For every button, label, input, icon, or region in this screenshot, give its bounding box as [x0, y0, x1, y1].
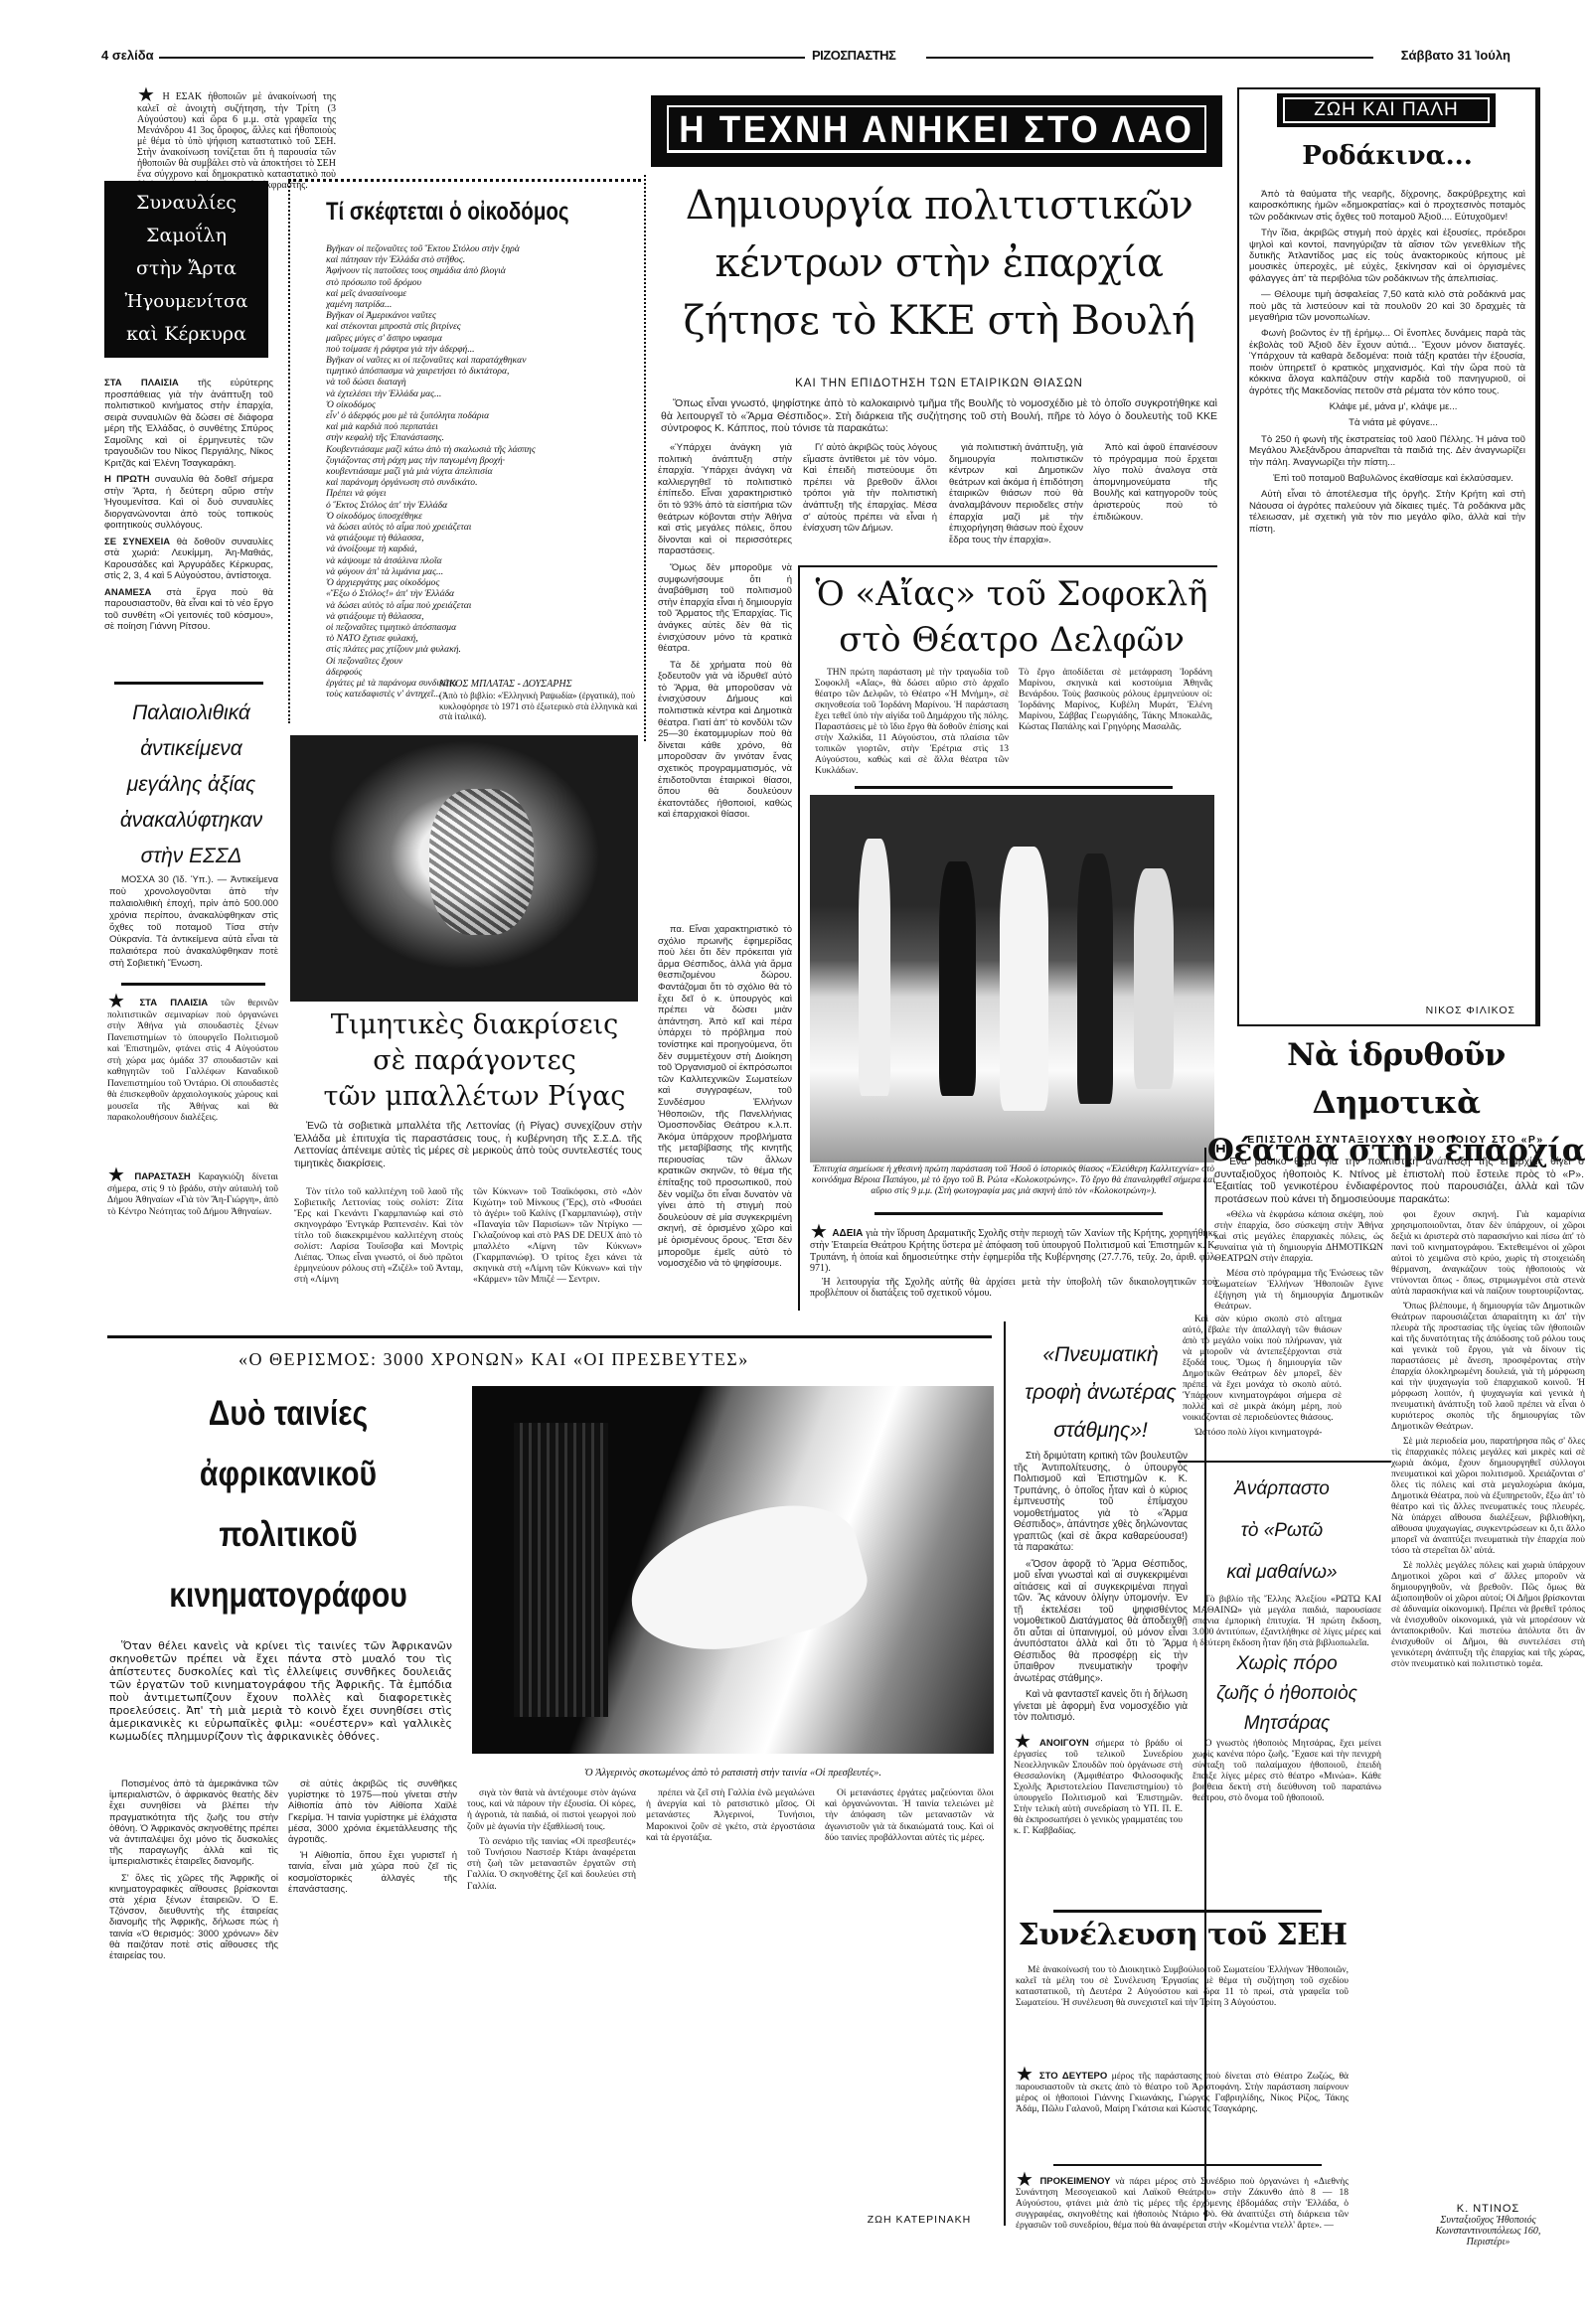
kke-col4b: Ἀπὸ καὶ ἀφοῦ ἐπαινέσουν τὸ πρόγραμμα ποὺ…	[1093, 442, 1217, 528]
poem-line: Ὁ οἰκοδόμος ὑποσχέθηκε	[326, 511, 634, 522]
poem-line: καὶ παράνομη ὀργάνωση στὸ συνδικάτο.	[326, 477, 634, 488]
poem-line: καὶ μιὰ καρδιὰ ποὺ περπατάει	[326, 421, 634, 432]
kke-col1: «Ὑπάρχει ἀνάγκη γιὰ πολιτικὴ ἀνάπτυξη στ…	[658, 442, 792, 826]
headline-line: καὶ Κέρκυρα	[104, 318, 268, 351]
poem-lines: Βγῆκαν οἱ πεζοναῦτες τοῦ Ἕκτου Στόλου στ…	[326, 243, 634, 699]
poem-title: Τί σκέφτεται ὁ οἰκοδόμος	[326, 198, 569, 227]
roto-box	[1178, 1461, 1391, 1467]
divider	[855, 786, 1173, 789]
divider	[800, 565, 1217, 567]
poem-line: «Ἔξω ὁ Στόλος!» ἀπ' τὴν Ἑλλάδα	[326, 588, 634, 599]
dimotika-col1b: Καὶ σὰν κύριο σκοπὸ στὸ αἴτημα αὐτό, ἔβα…	[1183, 1315, 1342, 1443]
films-body-col1: Ποτισμένος ἀπὸ τὰ ἀμερικάνικα τῶν ἱμπερι…	[109, 1779, 278, 2295]
film-still-photo	[472, 1386, 994, 1754]
photo-caption: Ἐπιτυχία σημείωσε ἡ χθεσινὴ πρώτη παράστ…	[810, 1164, 1217, 1197]
page-number: 4 σελίδα	[101, 48, 154, 63]
films-body-col5: Οἱ μετανάστες ἐργάτες μαζεύονται ὅλοι κα…	[825, 1788, 994, 2206]
poem-line: νὰ δώσει αὐτὸς τὸ αἷμα ποὺ χρειάζεται	[326, 600, 634, 611]
seh-body: Μὲ ἀνακοίνωσή του τὸ Διοικητικὸ Συμβούλι…	[1016, 1965, 1349, 2013]
poem-source: (Ἀπὸ τὸ βιβλίο: «Ἑλληνικὴ Ραψωδία» (ἐργα…	[439, 691, 638, 722]
headline-line: στὴν Ἄρτα	[104, 252, 268, 285]
seh-headline: Συνέλευση τοῦ ΣΕΗ	[1009, 1918, 1356, 1952]
ajax-headline: Ὁ «Αἴας» τοῦ Σοφοκλῆ στὸ Θέατρο Δελφῶν	[803, 571, 1220, 663]
poem-line: νὰ φύγουν ἀπ' τὰ λιμάνια μας...	[326, 566, 634, 577]
poem-line: στὸ πρόσωπο τοῦ δρόμου	[326, 277, 634, 288]
mitsaras-body: Ὁ γνωστὸς ἠθοποιὸς Μητσάρας, ἔχει μείνει…	[1192, 1739, 1381, 1808]
divider	[121, 983, 265, 986]
dimotika-col1: «Θέλω νὰ ἐκφράσω κάποια σκέψη, ποὺ στὴν …	[1214, 1210, 1383, 1317]
headline-line: Ἠγουμενίτσα	[104, 285, 268, 318]
films-headline: Δυὸ ταινίες ἀφρικανικοῦ πολιτικοῦ κινημα…	[134, 1383, 442, 1626]
poem-line: στὶς πλάτες μας χτίζουν μιὰ φυλακή.	[326, 644, 634, 655]
mitsaras-headline: Χωρὶς πόρο ζωῆς ὁ ἠθοποιὸς Μητσάρας	[1188, 1649, 1386, 1739]
poem-line: Ὁ ἀρχιεργάτης μας οἰκοδόμος	[326, 577, 634, 588]
poem-line: κουβεντιάσαμε μαζὶ γιὰ μιὰ νύχτα ἀπελπισ…	[326, 466, 634, 477]
poem-line: οἱ πεζοναῦτες τιμητικὸ ἀπόσπασμα	[326, 622, 634, 633]
section-banner: Η ΤΕΧΝΗ ΑΝΗΚΕΙ ΣΤΟ ΛΑΟ	[651, 95, 1222, 167]
paleolithic-body: ΜΟΣΧΑ 30 (Ἰδ. Ὑπ.). — Ἀντικείμενα ποὺ χρ…	[109, 874, 278, 975]
poem-line: Βγῆκαν οἱ Ἀμερικάνοι ναῦτες	[326, 310, 634, 321]
banner-text: Η ΤΕΧΝΗ ΑΝΗΚΕΙ ΣΤΟ ΛΑΟ	[674, 109, 1199, 152]
poem-line: Ἀφήνουν τὶς πατοῦσες τους σημάδια ἀπὸ βλ…	[326, 265, 634, 276]
dimotika-col2: φοι ἔχουν σκηνή. Γιὰ καμαρίνια χρησιμοπο…	[1391, 1210, 1585, 2204]
kolokotronis-photo	[810, 795, 1214, 1162]
pnevmatiki-headline: «Πνευματικὴ τροφὴ ἀνωτέρας στάθμης»!	[1014, 1336, 1188, 1450]
poem-line: νὰ ἐχτελέσει τὴν Ἑλλάδα μας...	[326, 388, 634, 399]
kke-col3: γιὰ πολιτιστικὴ ἀνάπτυξη, γιὰ δημιουργία…	[949, 442, 1083, 550]
poem-line: νὰ φτιάξουμε τὴ θάλασσα,	[326, 611, 634, 622]
ajax-col2: Τὸ ἔργο ἀποδίδεται σὲ μετάφραση Ἰορδάνη …	[1019, 668, 1212, 737]
films-body-col4: πρέπει νὰ ζεῖ στὴ Γαλλία ἐνῶ μεγαλώνει ἡ…	[646, 1788, 815, 2265]
dancer-photo	[290, 735, 638, 1002]
poem-line: Βγῆκαν οἱ πεζοναῦτες τοῦ Ἕκτου Στόλου στ…	[326, 243, 634, 254]
poem-author: ΝΙΚΟΣ ΜΠΛΑΤΑΣ - ΔΟΥΣΑΡΗΣ	[439, 679, 572, 690]
kke-intro: Ὅπως εἶναι γνωστό, ψηφίστηκε ἀπὸ τὸ καλο…	[661, 397, 1217, 440]
riga-headline: Τιμητικὲς διακρίσεις σὲ παράγοντες τῶν μ…	[298, 1007, 651, 1115]
paper-name: ΡΙΖΟΣΠΑΣΤΗΣ	[812, 48, 895, 63]
poem-line: νὰ ἀνοίξουμε τὴ καρδιά,	[326, 543, 634, 554]
dimotika-intro: Ἕνα βασικὸ θέμα γιὰ τὴν πολιτιστικὴ ἀνάπ…	[1214, 1156, 1584, 1210]
poem-line: μαῦρες μύγες σ' ἄσπρο υφασμα	[326, 333, 634, 344]
samoil-headline-box: Συναυλίες Σαμοΐλη στὴν Ἄρτα Ἠγουμενίτσα …	[104, 181, 268, 358]
kke-subhead: ΚΑΙ ΤΗΝ ΕΠΙΔΟΤΗΣΗ ΤΩΝ ΕΤΑΙΡΙΚΩΝ ΘΙΑΣΩΝ	[646, 378, 1232, 389]
poem-line: νὰ τοῦ δώσει διαταγὴ	[326, 377, 634, 387]
riga-col2: τῶν Κύκνων» τοῦ Τσαϊκόφσκι, στὸ «Δὸν Κιχ…	[473, 1187, 642, 1290]
films-body-col3: σιγὰ τὸν θατὰ νὰ ἀντέχουμε στὸν ἀγώνα το…	[467, 1788, 636, 2265]
issue-date: Σάββατο 31 Ἰούλη	[1401, 48, 1510, 63]
paleolithic-headline: Παλαιολιθικά ἀντικείμενα μεγάλης ἀξίας ἀ…	[104, 696, 278, 874]
kke-headline: Δημιουργία πολιτιστικῶν κέντρων στὴν ἐπα…	[646, 177, 1232, 350]
zoi-kai-pali-box: ΖΩΗ ΚΑΙ ΠΑΛΗ Ροδάκινα... Ἀπὸ τὰ θαύματα …	[1237, 87, 1540, 1026]
poem-line: εἶν' ὁ ἀδερφός μου μὲ τὰ ξυπόλητα ποδάρι…	[326, 410, 634, 421]
section-label: ΖΩΗ ΚΑΙ ΠΑΛΗ	[1277, 93, 1496, 127]
poem-line: τὸ ΝΑΤΟ ἔχτισε φυλακή,	[326, 633, 634, 644]
headline-line: Συναυλίες	[104, 187, 268, 220]
article-title: Ροδάκινα...	[1239, 141, 1535, 171]
poem-line: καὶ πάτησαν τὴν Ἑλλάδα στὸ στῆθος.	[326, 254, 634, 265]
poem-line: ζυγιάζοντας στὴ ράχη μας τὴν παγωμένη βρ…	[326, 455, 634, 466]
kke-col2: Γι' αὐτὸ ἀκριβῶς τοὺς λόγους εἴμαστε ἀντ…	[803, 442, 937, 540]
poem-line: ποὺ τοίμασε ἡ ράφτρα γιὰ τὴν ἀδερφή...	[326, 344, 634, 355]
poem-line: στὴν κεφαλὴ τῆς Ἐπανάστασης.	[326, 432, 634, 443]
poem-line: Πρέπει νὰ φύγει	[326, 488, 634, 499]
poem-line: τιμητικὸ ἀπόσπασμα νὰ χαιρετήσει τὸ δικτ…	[326, 366, 634, 377]
esak-brief: ★Η ΕΣΑΚ ἠθοποιῶν μὲ ἀνακοίνωσή της καλεῖ…	[137, 87, 336, 191]
proceimenou-brief: ★ΠΡΟΚΕΙΜΕΝΟΥ νὰ πάρει μέρος στὸ Συνέδριο…	[1016, 2172, 1349, 2232]
poem-line: καὶ στέκονται μπροστὰ στὶς βιτρίνες	[326, 321, 634, 332]
roto-body: Τὸ βιβλίο τῆς Ἔλλης Ἀλεξίου «ΡΩΤΩ ΚΑΙ ΜΑ…	[1192, 1595, 1381, 1653]
article-body: Ἀπὸ τὰ θαύματα τῆς νεαρῆς, δίχρονης, δακ…	[1249, 189, 1525, 540]
anigoun-brief: ★ΑΝΟΙΓΟΥΝ σήμερα τὸ βράδυ οἱ ἐργασίες το…	[1014, 1734, 1183, 1837]
divider	[114, 682, 263, 685]
poem-line: νὰ δώσει αὐτὸς τὸ αἷμα ποὺ χρειάζεται	[326, 522, 634, 533]
divider	[1053, 1910, 1322, 1913]
ajax-col1: ΤΗΝ πρώτη παράσταση μὲ τὴν τραγωδία τοῦ …	[815, 668, 1009, 781]
poem-line: ὁ Ἕκτος Στόλος ἀπ' τὴν Ἑλλάδα	[326, 500, 634, 511]
film-caption: Ὁ Ἀλγερινὸς σκοτωμένος ἀπὸ τὸ ρατσιστὴ σ…	[472, 1767, 994, 1780]
divider	[1053, 2164, 1322, 2166]
poem-line: νὰ κάψουμε τὰ ἀτσάλινα πλοῖα	[326, 555, 634, 566]
seminars-brief: ★ΣΤΑ ΠΛΑΙΣΙΑ τῶν θερινῶν πολιτιστικῶν σε…	[107, 994, 278, 1125]
drama-school-brief: ★ΑΔΕΙΑ γιὰ τὴν ἵδρυση Δραματικῆς Σχολῆς …	[810, 1224, 1217, 1304]
films-lead: Ὅταν θέλει κανεὶς νὰ κρίνει τὶς ταινίες …	[109, 1639, 452, 1743]
films-kicker: «Ο ΘΕΡΙΣΜΟΣ: 3000 ΧΡΟΝΩΝ» ΚΑΙ «ΟΙ ΠΡΕΣΒΕ…	[238, 1349, 974, 1370]
masthead: 4 σελίδα ΡΙΖΟΣΠΑΣΤΗΣ Σάββατο 31 Ἰούλη	[101, 48, 1510, 68]
poem-line: ἀδερφούς	[326, 667, 634, 678]
poem-box: Τί σκέφτεται ὁ οἰκοδόμος Βγῆκαν οἱ πεζον…	[288, 179, 641, 723]
dimotika-subhead: ΕΠΙΣΤΟΛΗ ΣΥΝΤΑΞΙΟΥΧΟΥ ΗΘΟΠΟΙΟΥ ΣΤΟ «Ρ»	[1204, 1134, 1587, 1146]
deytero-brief: ★ΣΤΟ ΔΕΥΤΕΡΟ μέρος τῆς παράστασης ποὺ δί…	[1016, 2067, 1349, 2115]
poem-line: Ὁ οἰκοδόμος	[326, 399, 634, 410]
divider	[874, 1212, 1163, 1215]
samoil-body: ΣΤΑ ΠΛΑΙΣΙΑ τῆς εὐρύτερης προσπάθειας γι…	[104, 378, 273, 638]
karagiozis-brief: ★ΠΑΡΑΣΤΑΣΗ Καραγκιόζη δίνεται σήμερα, στ…	[107, 1167, 278, 1218]
riga-col1: Τὸν τίτλο τοῦ καλλιτέχνη τοῦ λαοῦ τῆς Σο…	[294, 1187, 463, 1290]
poem-line: νὰ φτιάξουμε τὴ θάλασσα,	[326, 533, 634, 543]
poem-line: Κουβεντιάσαμε μαζὶ κάτω ἀπὸ τὴ σκαλωσιὰ …	[326, 444, 634, 455]
esak-brief-cont	[336, 87, 634, 175]
films-signature: ΖΩΗ ΚΑΤΕΡΙΝΑΚΗ	[845, 2214, 994, 2226]
poem-line: χαμένη πατρίδα...	[326, 299, 634, 310]
riga-lead: Ἐνῶ τὰ σοβιετικὰ μπαλλέτα τῆς Λεττονίας …	[294, 1120, 642, 1174]
headline-line: Σαμοΐλη	[104, 220, 268, 252]
divider	[107, 1335, 992, 1338]
films-body-col2: σὲ αὐτὲς ἀκριβῶς τὶς συνθῆκες γυρίστηκε …	[288, 1779, 457, 2295]
poem-line: καὶ μεῖς ἀνασαίνουμε	[326, 288, 634, 299]
signature: ΝΙΚΟΣ ΦΙΛΙΚΟΣ	[1426, 1005, 1515, 1016]
kke-col4: πα. Εἶναι χαρακτηριστικὸ τὸ σχόλιο πρωιν…	[658, 924, 792, 1282]
dimotika-signature: Κ. ΝΤΙΝΟΣ Συνταξιοῦχος Ἠθοποιός Κωνσταντ…	[1391, 2204, 1585, 2247]
roto-headline: Ἀνάρπαστο τὸ «Ρωτῶ καὶ μαθαίνω»	[1183, 1469, 1381, 1594]
poem-line: Οἱ πεζοναῦτες ἔχουν	[326, 656, 634, 667]
dimotika-headline: Νὰ ἱδρυθοῦν Δημοτικὰ Θέατρα στὴν ἐπαρχία	[1202, 1031, 1590, 1174]
poem-line: Βγῆκαν οἱ ναῦτες κι οἱ πεζοναῦτες καὶ πα…	[326, 355, 634, 366]
